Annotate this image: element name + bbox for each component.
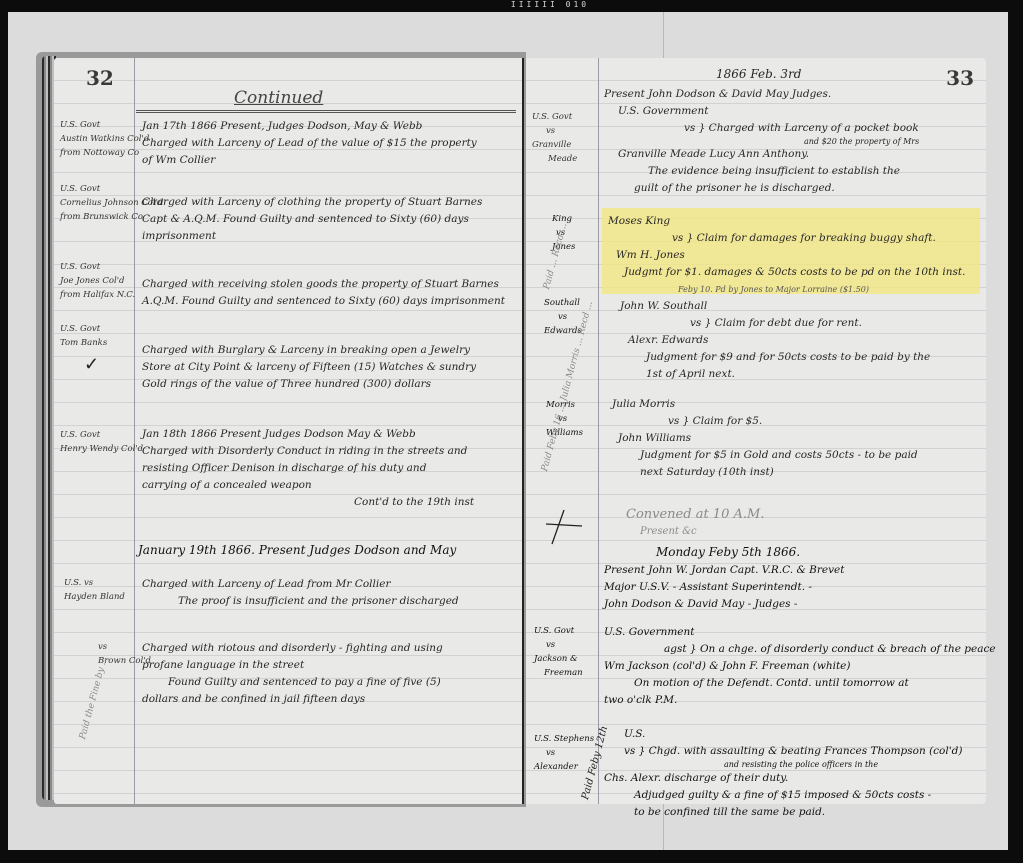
checkmark-icon: ✓: [84, 354, 99, 375]
case-entry: Charged with Larceny of Lead from Mr Col…: [142, 576, 459, 610]
payment-note: Paid the Fine by ...: [78, 655, 110, 740]
date-heading: Monday Feby 5th 1866.: [656, 544, 800, 561]
case-entry: Moses King vs } Claim for damages for br…: [608, 213, 965, 298]
case-margin-label: U.S. vs Hayden Bland: [64, 576, 125, 604]
page-number: 32: [86, 66, 114, 90]
case-margin-label: U.S. Govt Tom Banks: [60, 322, 107, 350]
right-page: 33 1866 Feb. 3rd U.S. Govt vs Granville …: [526, 58, 986, 804]
case-entry: Present John Dodson & David May Judges. …: [604, 86, 919, 197]
page-number: 33: [946, 66, 974, 90]
case-margin-label: U.S. Govt Joe Jones Col'd from Halifax N…: [60, 260, 135, 302]
case-margin-label: U.S. Govt vs Granville Meade: [532, 110, 577, 166]
cross-mark-icon: [544, 508, 584, 548]
case-entry: Charged with receiving stolen goods the …: [142, 276, 505, 310]
case-entry: Charged with riotous and disorderly - fi…: [142, 640, 443, 708]
case-margin-label: U.S. Govt Henry Wendy Col'd: [60, 428, 143, 456]
heading-rule: [136, 110, 516, 113]
case-entry: U.S. vs } Chgd. with assaulting & beatin…: [604, 726, 962, 821]
case-margin-label: U.S. Stephens vs Alexander: [534, 732, 594, 774]
margin-rule: [598, 58, 599, 804]
case-entry: Charged with Burglary & Larceny in break…: [142, 342, 476, 393]
case-entry: John W. Southall vs } Claim for debt due…: [620, 298, 930, 383]
left-page: 32 Continued U.S. Govt Austin Watkins Co…: [54, 58, 524, 804]
date-heading: January 19th 1866. Present Judges Dodson…: [138, 542, 456, 559]
session-attendance: Present John W. Jordan Capt. V.R.C. & Br…: [604, 562, 844, 613]
case-margin-label: U.S. Govt vs Jackson & Freeman: [534, 624, 583, 680]
case-entry: U.S. Government agst } On a chge. of dis…: [604, 624, 996, 709]
case-margin-label: U.S. Govt Austin Watkins Col'd from Nott…: [60, 118, 149, 160]
date-heading: 1866 Feb. 3rd: [716, 66, 802, 83]
case-entry: Jan 18th 1866 Present Judges Dodson May …: [142, 426, 467, 494]
case-entry: Julia Morris vs } Claim for $5. John Wil…: [612, 396, 918, 481]
case-entry: Jan 17th 1866 Present, Judges Dodson, Ma…: [142, 118, 477, 169]
case-entry: Charged with Larceny of clothing the pro…: [142, 194, 482, 245]
microfilm-frame-label: IIIIII 010: [470, 0, 630, 10]
faint-session-note: Convened at 10 A.M. Present &c: [626, 506, 764, 540]
continuance-note: Cont'd to the 19th inst: [354, 494, 474, 511]
page-heading: Continued: [234, 88, 323, 108]
